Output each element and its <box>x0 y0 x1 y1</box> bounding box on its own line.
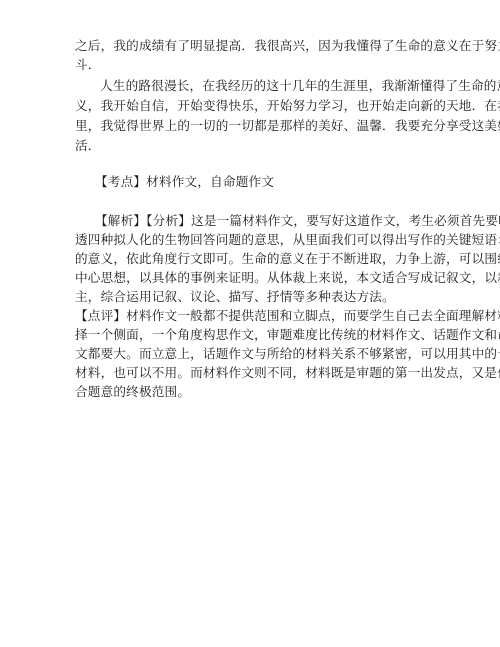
jiexi-line: 【解析】【分析】这是一篇材料作文，要写好这道作文，考生必须首先要吃 <box>95 211 500 230</box>
essay-line: 斗． <box>75 55 101 74</box>
jiexi-line: 的意义，依此角度行文即可。生命的意义在于不断进取，力争上游，可以围绕这个 <box>75 249 500 268</box>
jiexi-line: 中心思想，以具体的事例来证明。从体裁上来说，本文适合写成记叙文，以叙事为 <box>75 268 500 287</box>
document-page: 之后，我的成绩有了明显提高．我很高兴，因为我懂得了生命的意义在于努力奋 斗． 人… <box>0 0 500 647</box>
essay-line: 里，我觉得世界上的一切的一切都是那样的美好、温馨．我要充分享受这美好的生 <box>75 116 500 135</box>
kaodian-line: 【考点】材料作文，自命题作文 <box>95 172 274 191</box>
jiexi-line: 透四种拟人化的生物回答问题的意思，从里面我们可以得出写作的关键短语：生命 <box>75 230 500 249</box>
jiexi-line: 主，综合运用记叙、议论、描写、抒情等多种表达方法。 <box>75 287 395 306</box>
dianping-line: 文都要大。而立意上，话题作文与所给的材料关系不够紧密，可以用其中的一部分 <box>75 344 500 363</box>
dianping-line: 【点评】材料作文一般都不提供范围和立脚点，而要学生自己去全面理解材料，选 <box>75 306 500 325</box>
essay-line: 活． <box>75 136 101 155</box>
dianping-line: 合题意的终极范围。 <box>75 382 190 401</box>
essay-line: 之后，我的成绩有了明显提高．我很高兴，因为我懂得了生命的意义在于努力奋 <box>75 36 500 55</box>
dianping-line: 择一个侧面，一个角度构思作文，审题难度比传统的材料作文、话题作文和命题作 <box>75 325 500 344</box>
essay-line: 义，我开始自信，开始变得快乐，开始努力学习，也开始走向新的天地．在我眼 <box>75 96 500 115</box>
dianping-line: 材料，也可以不用。而材料作文则不同，材料既是审题的第一出发点，又是作文符 <box>75 363 500 382</box>
essay-line: 人生的路很漫长，在我经历的这十几年的生涯里，我渐渐懂得了生命的意 <box>100 76 500 95</box>
